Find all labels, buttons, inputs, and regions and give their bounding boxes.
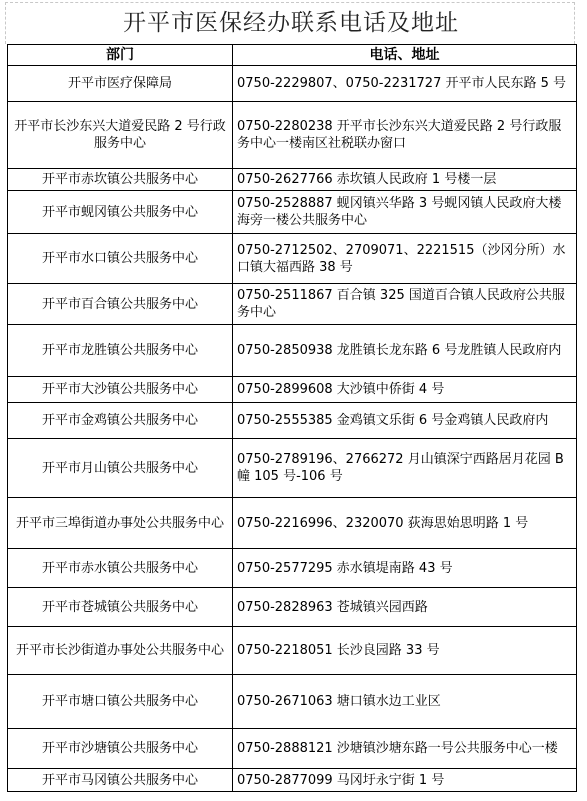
table-row: 开平市金鸡镇公共服务中心0750-2555385 金鸡镇文乐街 6 号金鸡镇人民… (8, 403, 577, 439)
table-row: 开平市长沙东兴大道爱民路 2 号行政服务中心0750-2280238 开平市长沙… (8, 102, 577, 169)
phone-address-cell: 0750-2216996、2320070 荻海思始思明路 1 号 (233, 498, 577, 549)
department-cell: 开平市大沙镇公共服务中心 (8, 377, 233, 403)
table-row: 开平市马冈镇公共服务中心0750-2877099 马冈圩永宁街 1 号 (8, 769, 577, 792)
table-row: 开平市龙胜镇公共服务中心0750-2850938 龙胜镇长龙东路 6 号龙胜镇人… (8, 325, 577, 377)
table-row: 开平市大沙镇公共服务中心0750-2899608 大沙镇中侨街 4 号 (8, 377, 577, 403)
department-cell: 开平市沙塘镇公共服务中心 (8, 729, 233, 769)
phone-address-cell: 0750-2577295 赤水镇堤南路 43 号 (233, 549, 577, 588)
table-row: 开平市百合镇公共服务中心0750-2511867 百合镇 325 国道百合镇人民… (8, 284, 577, 325)
phone-address-cell: 0750-2712502、2709071、2221515（沙冈分所）水口镇大福西… (233, 234, 577, 284)
department-cell: 开平市长沙东兴大道爱民路 2 号行政服务中心 (8, 102, 233, 169)
phone-address-cell: 0750-2899608 大沙镇中侨街 4 号 (233, 377, 577, 403)
department-cell: 开平市马冈镇公共服务中心 (8, 769, 233, 792)
page-title: 开平市医保经办联系电话及地址 (7, 4, 575, 42)
department-cell: 开平市蚬冈镇公共服务中心 (8, 191, 233, 234)
header-phone-address: 电话、地址 (233, 45, 577, 66)
department-cell: 开平市医疗保障局 (8, 66, 233, 102)
table-row: 开平市赤水镇公共服务中心0750-2577295 赤水镇堤南路 43 号 (8, 549, 577, 588)
department-cell: 开平市三埠街道办事处公共服务中心 (8, 498, 233, 549)
phone-address-cell: 0750-2671063 塘口镇水边工业区 (233, 675, 577, 729)
department-cell: 开平市水口镇公共服务中心 (8, 234, 233, 284)
phone-address-cell: 0750-2229807、0750-2231727 开平市人民东路 5 号 (233, 66, 577, 102)
department-cell: 开平市月山镇公共服务中心 (8, 439, 233, 498)
department-cell: 开平市龙胜镇公共服务中心 (8, 325, 233, 377)
phone-address-cell: 0750-2627766 赤坎镇人民政府 1 号楼一层 (233, 169, 577, 191)
department-cell: 开平市长沙街道办事处公共服务中心 (8, 627, 233, 675)
header-department: 部门 (8, 45, 233, 66)
table-row: 开平市三埠街道办事处公共服务中心0750-2216996、2320070 荻海思… (8, 498, 577, 549)
table-row: 开平市蚬冈镇公共服务中心0750-2528887 蚬冈镇兴华路 3 号蚬冈镇人民… (8, 191, 577, 234)
table-row: 开平市赤坎镇公共服务中心0750-2627766 赤坎镇人民政府 1 号楼一层 (8, 169, 577, 191)
table-row: 开平市月山镇公共服务中心0750-2789196、2766272 月山镇深宁西路… (8, 439, 577, 498)
phone-address-cell: 0750-2511867 百合镇 325 国道百合镇人民政府公共服务中心 (233, 284, 577, 325)
phone-address-cell: 0750-2218051 长沙良园路 33 号 (233, 627, 577, 675)
table-row: 开平市沙塘镇公共服务中心0750-2888121 沙塘镇沙塘东路一号公共服务中心… (8, 729, 577, 769)
phone-address-cell: 0750-2877099 马冈圩永宁街 1 号 (233, 769, 577, 792)
department-cell: 开平市赤坎镇公共服务中心 (8, 169, 233, 191)
table-row: 开平市水口镇公共服务中心0750-2712502、2709071、2221515… (8, 234, 577, 284)
department-cell: 开平市百合镇公共服务中心 (8, 284, 233, 325)
department-cell: 开平市苍城镇公共服务中心 (8, 588, 233, 627)
table-row: 开平市长沙街道办事处公共服务中心0750-2218051 长沙良园路 33 号 (8, 627, 577, 675)
table-row: 开平市苍城镇公共服务中心0750-2828963 苍城镇兴园西路 (8, 588, 577, 627)
department-cell: 开平市塘口镇公共服务中心 (8, 675, 233, 729)
contacts-table: 部门 电话、地址 开平市医疗保障局0750-2229807、0750-22317… (7, 44, 577, 792)
phone-address-cell: 0750-2789196、2766272 月山镇深宁西路居月花园 B 幢 105… (233, 439, 577, 498)
phone-address-cell: 0750-2555385 金鸡镇文乐街 6 号金鸡镇人民政府内 (233, 403, 577, 439)
phone-address-cell: 0750-2888121 沙塘镇沙塘东路一号公共服务中心一楼 (233, 729, 577, 769)
department-cell: 开平市赤水镇公共服务中心 (8, 549, 233, 588)
table-row: 开平市医疗保障局0750-2229807、0750-2231727 开平市人民东… (8, 66, 577, 102)
header-row: 部门 电话、地址 (8, 45, 577, 66)
phone-address-cell: 0750-2850938 龙胜镇长龙东路 6 号龙胜镇人民政府内 (233, 325, 577, 377)
phone-address-cell: 0750-2528887 蚬冈镇兴华路 3 号蚬冈镇人民政府大楼海旁一楼公共服务… (233, 191, 577, 234)
phone-address-cell: 0750-2828963 苍城镇兴园西路 (233, 588, 577, 627)
department-cell: 开平市金鸡镇公共服务中心 (8, 403, 233, 439)
phone-address-cell: 0750-2280238 开平市长沙东兴大道爱民路 2 号行政服务中心一楼南区社… (233, 102, 577, 169)
table-row: 开平市塘口镇公共服务中心0750-2671063 塘口镇水边工业区 (8, 675, 577, 729)
